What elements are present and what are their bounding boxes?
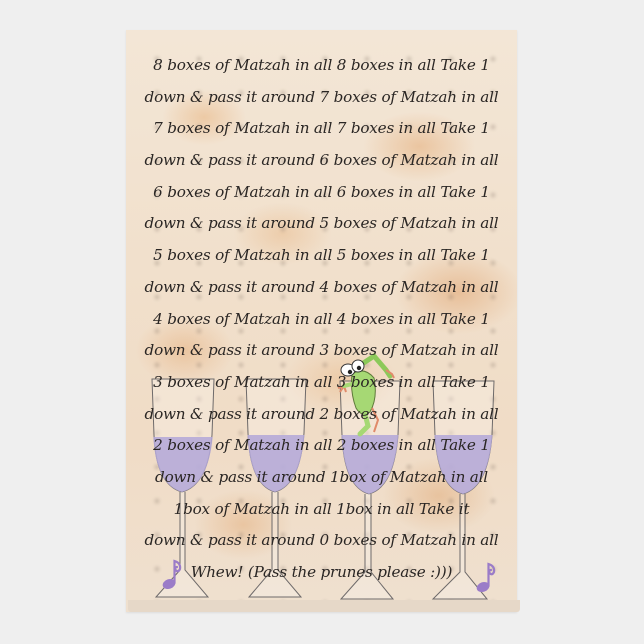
- lyric-line: down & pass it around 4 boxes of Matzah …: [126, 272, 517, 304]
- lyric-line: 5 boxes of Matzah in all 5 boxes in all …: [126, 240, 517, 272]
- lyric-line: down & pass it around 6 boxes of Matzah …: [126, 145, 517, 177]
- lyric-line: down & pass it around 7 boxes of Matzah …: [126, 82, 517, 114]
- lyric-line-closing: Whew! (Pass the prunes please :))): [126, 557, 517, 589]
- lyric-line: 6 boxes of Matzah in all 6 boxes in all …: [126, 177, 517, 209]
- lyric-line: 8 boxes of Matzah in all 8 boxes in all …: [126, 50, 517, 82]
- lyric-line: down & pass it around 0 boxes of Matzah …: [126, 525, 517, 557]
- lyric-line: down & pass it around 3 boxes of Matzah …: [126, 335, 517, 367]
- lyric-line: 4 boxes of Matzah in all 4 boxes in all …: [126, 304, 517, 336]
- lyric-line: down & pass it around 5 boxes of Matzah …: [126, 208, 517, 240]
- lyric-line: down & pass it around 2 boxes of Matzah …: [126, 399, 517, 431]
- lyric-line: 7 boxes of Matzah in all 7 boxes in all …: [126, 113, 517, 145]
- lyric-line: 1box of Matzah in all 1box in all Take i…: [126, 494, 517, 526]
- lyric-line: 3 boxes of Matzah in all 3 boxes in all …: [126, 367, 517, 399]
- lyric-line: down & pass it around 1box of Matzah in …: [126, 462, 517, 494]
- lyric-line: 2 boxes of Matzah in all 2 boxes in all …: [126, 430, 517, 462]
- song-lyrics: 8 boxes of Matzah in all 8 boxes in all …: [126, 50, 517, 589]
